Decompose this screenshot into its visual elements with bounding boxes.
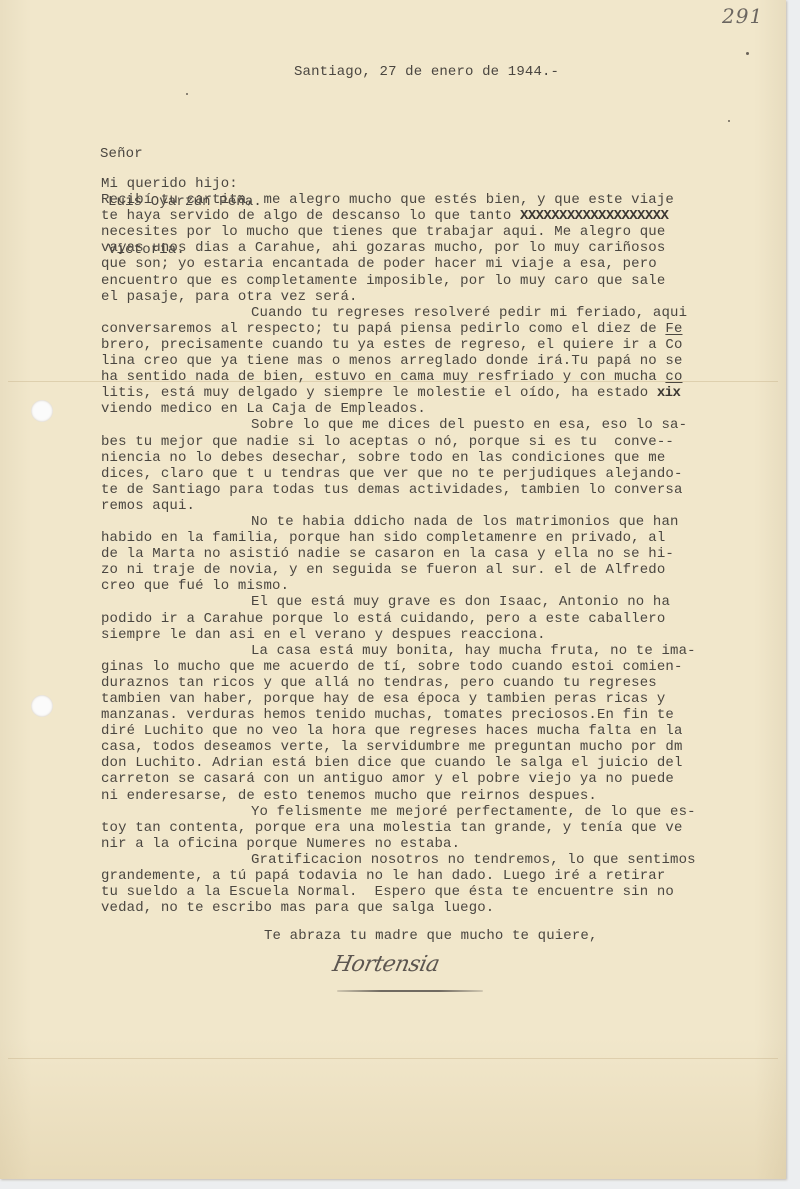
body-line-text: siempre le dan asi en el verano y despue… [101,627,546,643]
body-line-text: La casa está muy bonita, hay mucha fruta… [251,643,696,659]
ink-speck [746,52,749,55]
body-line: Gratificacion nosotros no tendremos, lo … [101,852,696,868]
body-line-text: ha sentido nada de bien, estuvo en cama … [101,369,665,385]
body-line: don Luchito. Adrian está bien dice que c… [101,755,696,771]
body-line: nir a la oficina porque Numeres no estab… [101,836,696,852]
body-line-text: ginas lo mucho que me acuerdo de tí, sob… [101,659,683,675]
struck-out-text: xix [657,385,680,401]
body-line-text: creo que fué lo mismo. [101,578,289,594]
body-line-text: tambien van haber, porque hay de esa épo… [101,691,665,707]
body-line: ni enderesarse, de esto tenemos mucho qu… [101,788,696,804]
punch-hole [31,695,53,717]
body-line-text: duraznos tan ricos y que allá no tendras… [101,675,657,691]
ink-speck [728,120,730,122]
body-line: vedad, no te escribo mas para que salga … [101,900,696,916]
body-line: La casa está muy bonita, hay mucha fruta… [101,643,696,659]
date-line: Santiago, 27 de enero de 1944.- [294,64,559,80]
body-line: No te habia ddicho nada de los matrimoni… [101,514,696,530]
body-line-text: diré Luchito que no veo la hora que regr… [101,723,683,739]
struck-out-text: XXXXXXXXXXXXXXXXXXX [520,208,668,224]
body-line: bes tu mejor que nadie si lo aceptas o n… [101,434,696,450]
body-line-text: vedad, no te escribo mas para que salga … [101,900,494,916]
body-line: podido ir a Carahue porque lo está cuida… [101,611,696,627]
body-line-text: zo ni traje de novia, y en seguida se fu… [101,562,665,578]
body-line: lina creo que ya tiene mas o menos arreg… [101,353,696,369]
body-line: conversaremos al respecto; tu papá piens… [101,321,696,337]
body-line: Yo felismente me mejoré perfectamente, d… [101,804,696,820]
body-line: duraznos tan ricos y que allá no tendras… [101,675,696,691]
body-line-text: Yo felismente me mejoré perfectamente, d… [251,804,696,820]
body-line: carreton se casará con un antiguo amor y… [101,771,696,787]
body-line: creo que fué lo mismo. [101,578,696,594]
body-line-text: tu sueldo a la Escuela Normal. Espero qu… [101,884,674,900]
body-line-text: vayas unos dias a Carahue, ahi gozaras m… [101,240,665,256]
archive-number: 291 [722,4,763,28]
body-line-text: conversaremos al respecto; tu papá piens… [101,321,665,337]
body-line: remos aqui. [101,498,696,514]
body-line-text: lina creo que ya tiene mas o menos arreg… [101,353,683,369]
body-line-text: habido en la familia, porque han sido co… [101,530,665,546]
body-line: Recibí tu cartita, me alegro mucho que e… [101,192,696,208]
body-line: te de Santiago para todas tus demas acti… [101,482,696,498]
fold-line [8,1058,778,1059]
body-line: te haya servido de algo de descanso lo q… [101,208,696,224]
letter-body: Mi querido hijo:Recibí tu cartita, me al… [101,176,696,916]
body-line-text: bes tu mejor que nadie si lo aceptas o n… [101,434,674,450]
body-line: habido en la familia, porque han sido co… [101,530,696,546]
signature-flourish [337,990,483,992]
body-line: tu sueldo a la Escuela Normal. Espero qu… [101,884,696,900]
body-line-text: El que está muy grave es don Isaac, Anto… [251,594,670,610]
body-line-text: dices, claro que t u tendras que ver que… [101,466,683,482]
body-line-text: litis, está muy delgado y siempre le mol… [101,385,657,401]
body-line-text: grandemente, a tú papá todavia no le han… [101,868,665,884]
body-line: ginas lo mucho que me acuerdo de tí, sob… [101,659,696,675]
closing-line: Te abraza tu madre que mucho te quiere, [264,928,598,944]
ink-speck [186,93,188,95]
body-line-text: Cuando tu regreses resolveré pedir mi fe… [251,305,687,321]
greeting-line: Mi querido hijo: [101,176,696,192]
recipient-title: Señor [100,146,262,162]
body-line-text: Mi querido hijo: [101,176,238,192]
body-line-text: te haya servido de algo de descanso lo q… [101,208,520,224]
body-line-text: te de Santiago para todas tus demas acti… [101,482,683,498]
punch-hole [31,400,53,422]
body-line-text: necesites por lo mucho que tienes que tr… [101,224,665,240]
body-line: que son; yo estaria encantada de poder h… [101,256,696,272]
body-line-text: No te habia ddicho nada de los matrimoni… [251,514,679,530]
body-line: vayas unos dias a Carahue, ahi gozaras m… [101,240,696,256]
signature: Hortensia [333,952,493,1002]
body-line-text: toy tan contenta, porque era una molesti… [101,820,683,836]
body-line: zo ni traje de novia, y en seguida se fu… [101,562,696,578]
body-line-text: viendo medico en La Caja de Empleados. [101,401,426,417]
body-line: Sobre lo que me dices del puesto en esa,… [101,417,696,433]
body-line-text: remos aqui. [101,498,195,514]
underlined-hyphenation: co [665,369,682,385]
body-line: toy tan contenta, porque era una molesti… [101,820,696,836]
body-line: tambien van haber, porque hay de esa épo… [101,691,696,707]
body-line: grandemente, a tú papá todavia no le han… [101,868,696,884]
body-line: casa, todos deseamos verte, la servidumb… [101,739,696,755]
body-line: siempre le dan asi en el verano y despue… [101,627,696,643]
body-line: dices, claro que t u tendras que ver que… [101,466,696,482]
body-line: necesites por lo mucho que tienes que tr… [101,224,696,240]
body-line-text: nir a la oficina porque Numeres no estab… [101,836,460,852]
body-line-text: podido ir a Carahue porque lo está cuida… [101,611,665,627]
body-line-text: Gratificacion nosotros no tendremos, lo … [251,852,696,868]
body-line-text: que son; yo estaria encantada de poder h… [101,256,657,272]
body-line: el pasaje, para otra vez será. [101,289,696,305]
body-line-text: Recibí tu cartita, me alegro mucho que e… [101,192,674,208]
underlined-hyphenation: Fe [665,321,682,337]
letter-page: 291 Santiago, 27 de enero de 1944.- Seño… [0,0,786,1179]
body-line-text: el pasaje, para otra vez será. [101,289,358,305]
body-line: litis, está muy delgado y siempre le mol… [101,385,696,401]
body-line-text: de la Marta no asistió nadie se casaron … [101,546,674,562]
body-line-text: Sobre lo que me dices del puesto en esa,… [251,417,687,433]
signature-text: Hortensia [330,952,441,977]
body-line: manzanas. verduras hemos tenido muchas, … [101,707,696,723]
body-line: viendo medico en La Caja de Empleados. [101,401,696,417]
body-line: ha sentido nada de bien, estuvo en cama … [101,369,696,385]
body-line: brero, precisamente cuando tu ya estes d… [101,337,696,353]
body-line-text: encuentro que es completamente imposible… [101,273,665,289]
body-line-text: casa, todos deseamos verte, la servidumb… [101,739,683,755]
body-line-text: carreton se casará con un antiguo amor y… [101,771,674,787]
body-line-text: don Luchito. Adrian está bien dice que c… [101,755,683,771]
body-line: niencia no lo debes desechar, sobre todo… [101,450,696,466]
body-line-text: niencia no lo debes desechar, sobre todo… [101,450,665,466]
body-line: diré Luchito que no veo la hora que regr… [101,723,696,739]
body-line-text: brero, precisamente cuando tu ya estes d… [101,337,683,353]
body-line-text: manzanas. verduras hemos tenido muchas, … [101,707,674,723]
body-line: de la Marta no asistió nadie se casaron … [101,546,696,562]
body-line: El que está muy grave es don Isaac, Anto… [101,594,696,610]
body-line: encuentro que es completamente imposible… [101,273,696,289]
body-line-text: ni enderesarse, de esto tenemos mucho qu… [101,788,597,804]
body-line: Cuando tu regreses resolveré pedir mi fe… [101,305,696,321]
